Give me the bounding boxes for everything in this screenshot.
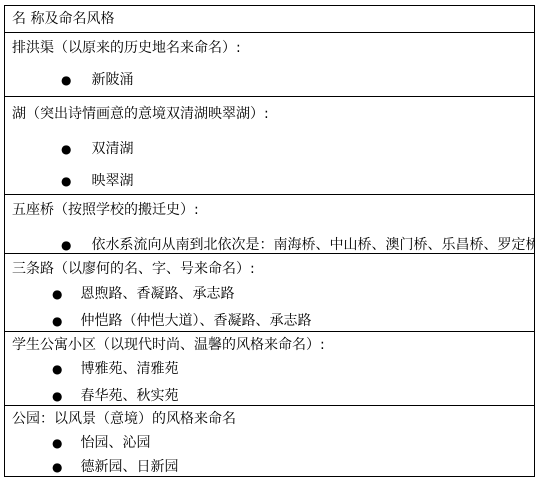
list-item-text: 博雅苑、清雅苑 — [80, 360, 178, 379]
bullet-icon: ● — [52, 434, 62, 453]
list-item: ● 映翠湖 — [5, 172, 534, 191]
table-header-row: 名 称及命名风格 — [5, 6, 534, 32]
bullet-icon: ● — [52, 360, 62, 379]
section-heading: 湖（突出诗情画意的意境双清湖映翠湖）: — [5, 105, 534, 124]
list-item: ● 依水系流向从南到北依次是：南海桥、中山桥、澳门桥、乐昌桥、罗定桥 — [5, 236, 534, 253]
list-item: ● 双清湖 — [5, 140, 534, 159]
section-lakes: 湖（突出诗情画意的意境双清湖映翠湖）: ● 双清湖 ● 映翠湖 — [5, 96, 534, 194]
list-item-text: 新陂涌 — [91, 71, 133, 90]
bullet-icon: ● — [52, 458, 62, 476]
list-item: ● 德新园、日新园 — [5, 458, 534, 476]
bullet-icon: ● — [61, 140, 71, 159]
section-parks: 公园：以风景（意境）的风格来命名 ● 怡园、沁园 ● 德新园、日新园 — [5, 405, 534, 476]
list-item-text: 依水系流向从南到北依次是：南海桥、中山桥、澳门桥、乐昌桥、罗定桥 — [91, 236, 534, 253]
section-heading: 五座桥（按照学校的搬迁史）: — [5, 201, 534, 220]
list-item-text: 恩煦路、香凝路、承志路 — [80, 285, 234, 304]
list-item-text: 春华苑、秋实苑 — [80, 387, 178, 405]
list-item-text: 德新园、日新园 — [80, 458, 178, 476]
naming-style-table: 名 称及命名风格 排洪渠（以原来的历史地名来命名）: ● 新陂涌 湖（突出诗情画… — [4, 5, 535, 477]
bullet-icon: ● — [52, 285, 62, 304]
list-item: ● 恩煦路、香凝路、承志路 — [5, 285, 534, 304]
section-heading: 公园：以风景（意境）的风格来命名 — [5, 410, 534, 429]
section-drainage-channel: 排洪渠（以原来的历史地名来命名）: ● 新陂涌 — [5, 32, 534, 96]
section-heading: 学生公寓小区（以现代时尚、温馨的风格来命名）: — [5, 336, 534, 355]
list-item: ● 仲恺路（仲恺大道）、香凝路、承志路 — [5, 312, 534, 331]
section-bridges: 五座桥（按照学校的搬迁史）: ● 依水系流向从南到北依次是：南海桥、中山桥、澳门… — [5, 194, 534, 253]
section-heading: 排洪渠（以原来的历史地名来命名）: — [5, 39, 534, 58]
bullet-icon: ● — [61, 71, 71, 90]
list-item-text: 映翠湖 — [91, 172, 133, 191]
bullet-icon: ● — [52, 387, 62, 405]
list-item: ● 博雅苑、清雅苑 — [5, 360, 534, 379]
bullet-icon: ● — [61, 172, 71, 191]
list-item: ● 新陂涌 — [5, 71, 534, 90]
table-header-title: 名 称及命名风格 — [12, 11, 114, 27]
section-heading: 三条路（以廖何的名、字、号来命名）: — [5, 260, 534, 279]
section-student-apartments: 学生公寓小区（以现代时尚、温馨的风格来命名）: ● 博雅苑、清雅苑 ● 春华苑、… — [5, 331, 534, 405]
list-item-text: 怡园、沁园 — [80, 434, 150, 453]
list-item: ● 春华苑、秋实苑 — [5, 387, 534, 405]
bullet-icon: ● — [61, 236, 71, 253]
list-item-text: 仲恺路（仲恺大道）、香凝路、承志路 — [80, 312, 311, 331]
list-item: ● 怡园、沁园 — [5, 434, 534, 453]
bullet-icon: ● — [52, 312, 62, 331]
list-item-text: 双清湖 — [91, 140, 133, 159]
section-roads: 三条路（以廖何的名、字、号来命名）: ● 恩煦路、香凝路、承志路 ● 仲恺路（仲… — [5, 253, 534, 331]
